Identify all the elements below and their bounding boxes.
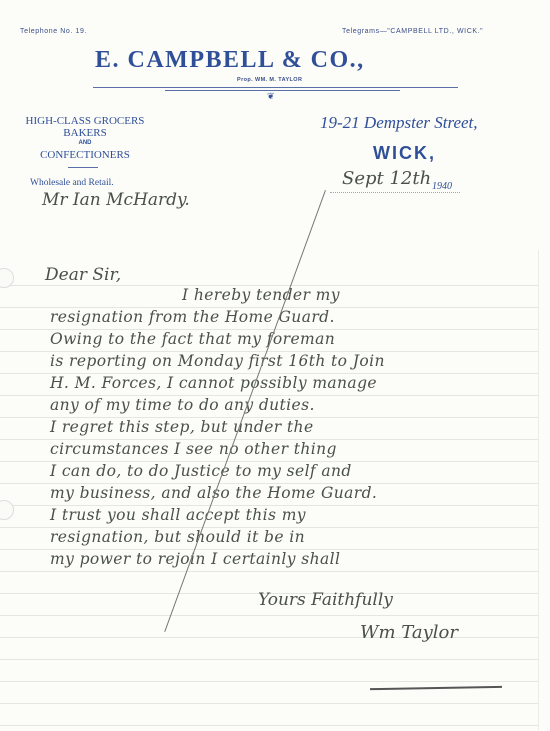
header-rule bbox=[93, 87, 458, 88]
ruled-line bbox=[0, 615, 538, 616]
ruled-line bbox=[0, 681, 538, 682]
printed-year: 1940 bbox=[432, 181, 452, 192]
telegram-address: Telegrams—"CAMPBELL LTD., WICK." bbox=[342, 28, 483, 35]
body-line: any of my time to do any duties. bbox=[50, 396, 315, 414]
handwritten-date: Sept 12th bbox=[342, 168, 431, 189]
telephone-number: Telephone No. 19. bbox=[20, 28, 87, 35]
wholesale-retail: Wholesale and Retail. bbox=[30, 178, 114, 188]
proprietor: Prop. WM. M. TAYLOR bbox=[237, 77, 302, 83]
ruled-line bbox=[0, 659, 538, 660]
body-line: resignation from the Home Guard. bbox=[50, 308, 335, 326]
trade-line-bakers: BAKERS bbox=[0, 127, 170, 139]
punch-hole bbox=[0, 500, 14, 520]
salutation: Dear Sir, bbox=[45, 265, 121, 285]
letter-page: Telephone No. 19. Telegrams—"CAMPBELL LT… bbox=[0, 0, 550, 731]
body-line: Owing to the fact that my foreman bbox=[50, 330, 335, 348]
trade-line-grocers: HIGH-CLASS GROCERS bbox=[0, 115, 170, 127]
signature: Wm Taylor bbox=[360, 622, 458, 643]
body-line: resignation, but should it be in bbox=[50, 528, 305, 546]
body-line: I trust you shall accept this my bbox=[50, 506, 306, 524]
signature-underline bbox=[370, 686, 502, 690]
address-town: WICK, bbox=[373, 143, 436, 164]
address-street: 19-21 Dempster Street, bbox=[320, 113, 478, 133]
ornament-icon: ❦ bbox=[267, 91, 275, 102]
body-line: my power to rejoin I certainly shall bbox=[50, 550, 340, 568]
company-name: E. CAMPBELL & CO., bbox=[95, 47, 365, 74]
body-line: I regret this step, but under the bbox=[50, 418, 314, 436]
margin-line bbox=[538, 250, 539, 730]
ruled-line bbox=[0, 571, 538, 572]
body-line: H. M. Forces, I cannot possibly manage bbox=[50, 374, 377, 392]
trade-line-and: AND bbox=[0, 140, 170, 146]
body-line: I can do, to do Justice to my self and bbox=[50, 462, 352, 480]
date-line bbox=[330, 192, 460, 194]
header-rule-inner bbox=[165, 90, 400, 91]
body-line: circumstances I see no other thing bbox=[50, 440, 337, 458]
ruled-line bbox=[0, 703, 538, 704]
body-line: I hereby tender my bbox=[182, 286, 340, 304]
trade-divider bbox=[68, 167, 98, 168]
ruled-line bbox=[0, 725, 538, 726]
addressee: Mr Ian McHardy. bbox=[42, 190, 190, 210]
trade-line-confectioners: CONFECTIONERS bbox=[0, 149, 170, 161]
body-line: is reporting on Monday first 16th to Joi… bbox=[50, 352, 385, 370]
closing: Yours Faithfully bbox=[258, 590, 393, 610]
